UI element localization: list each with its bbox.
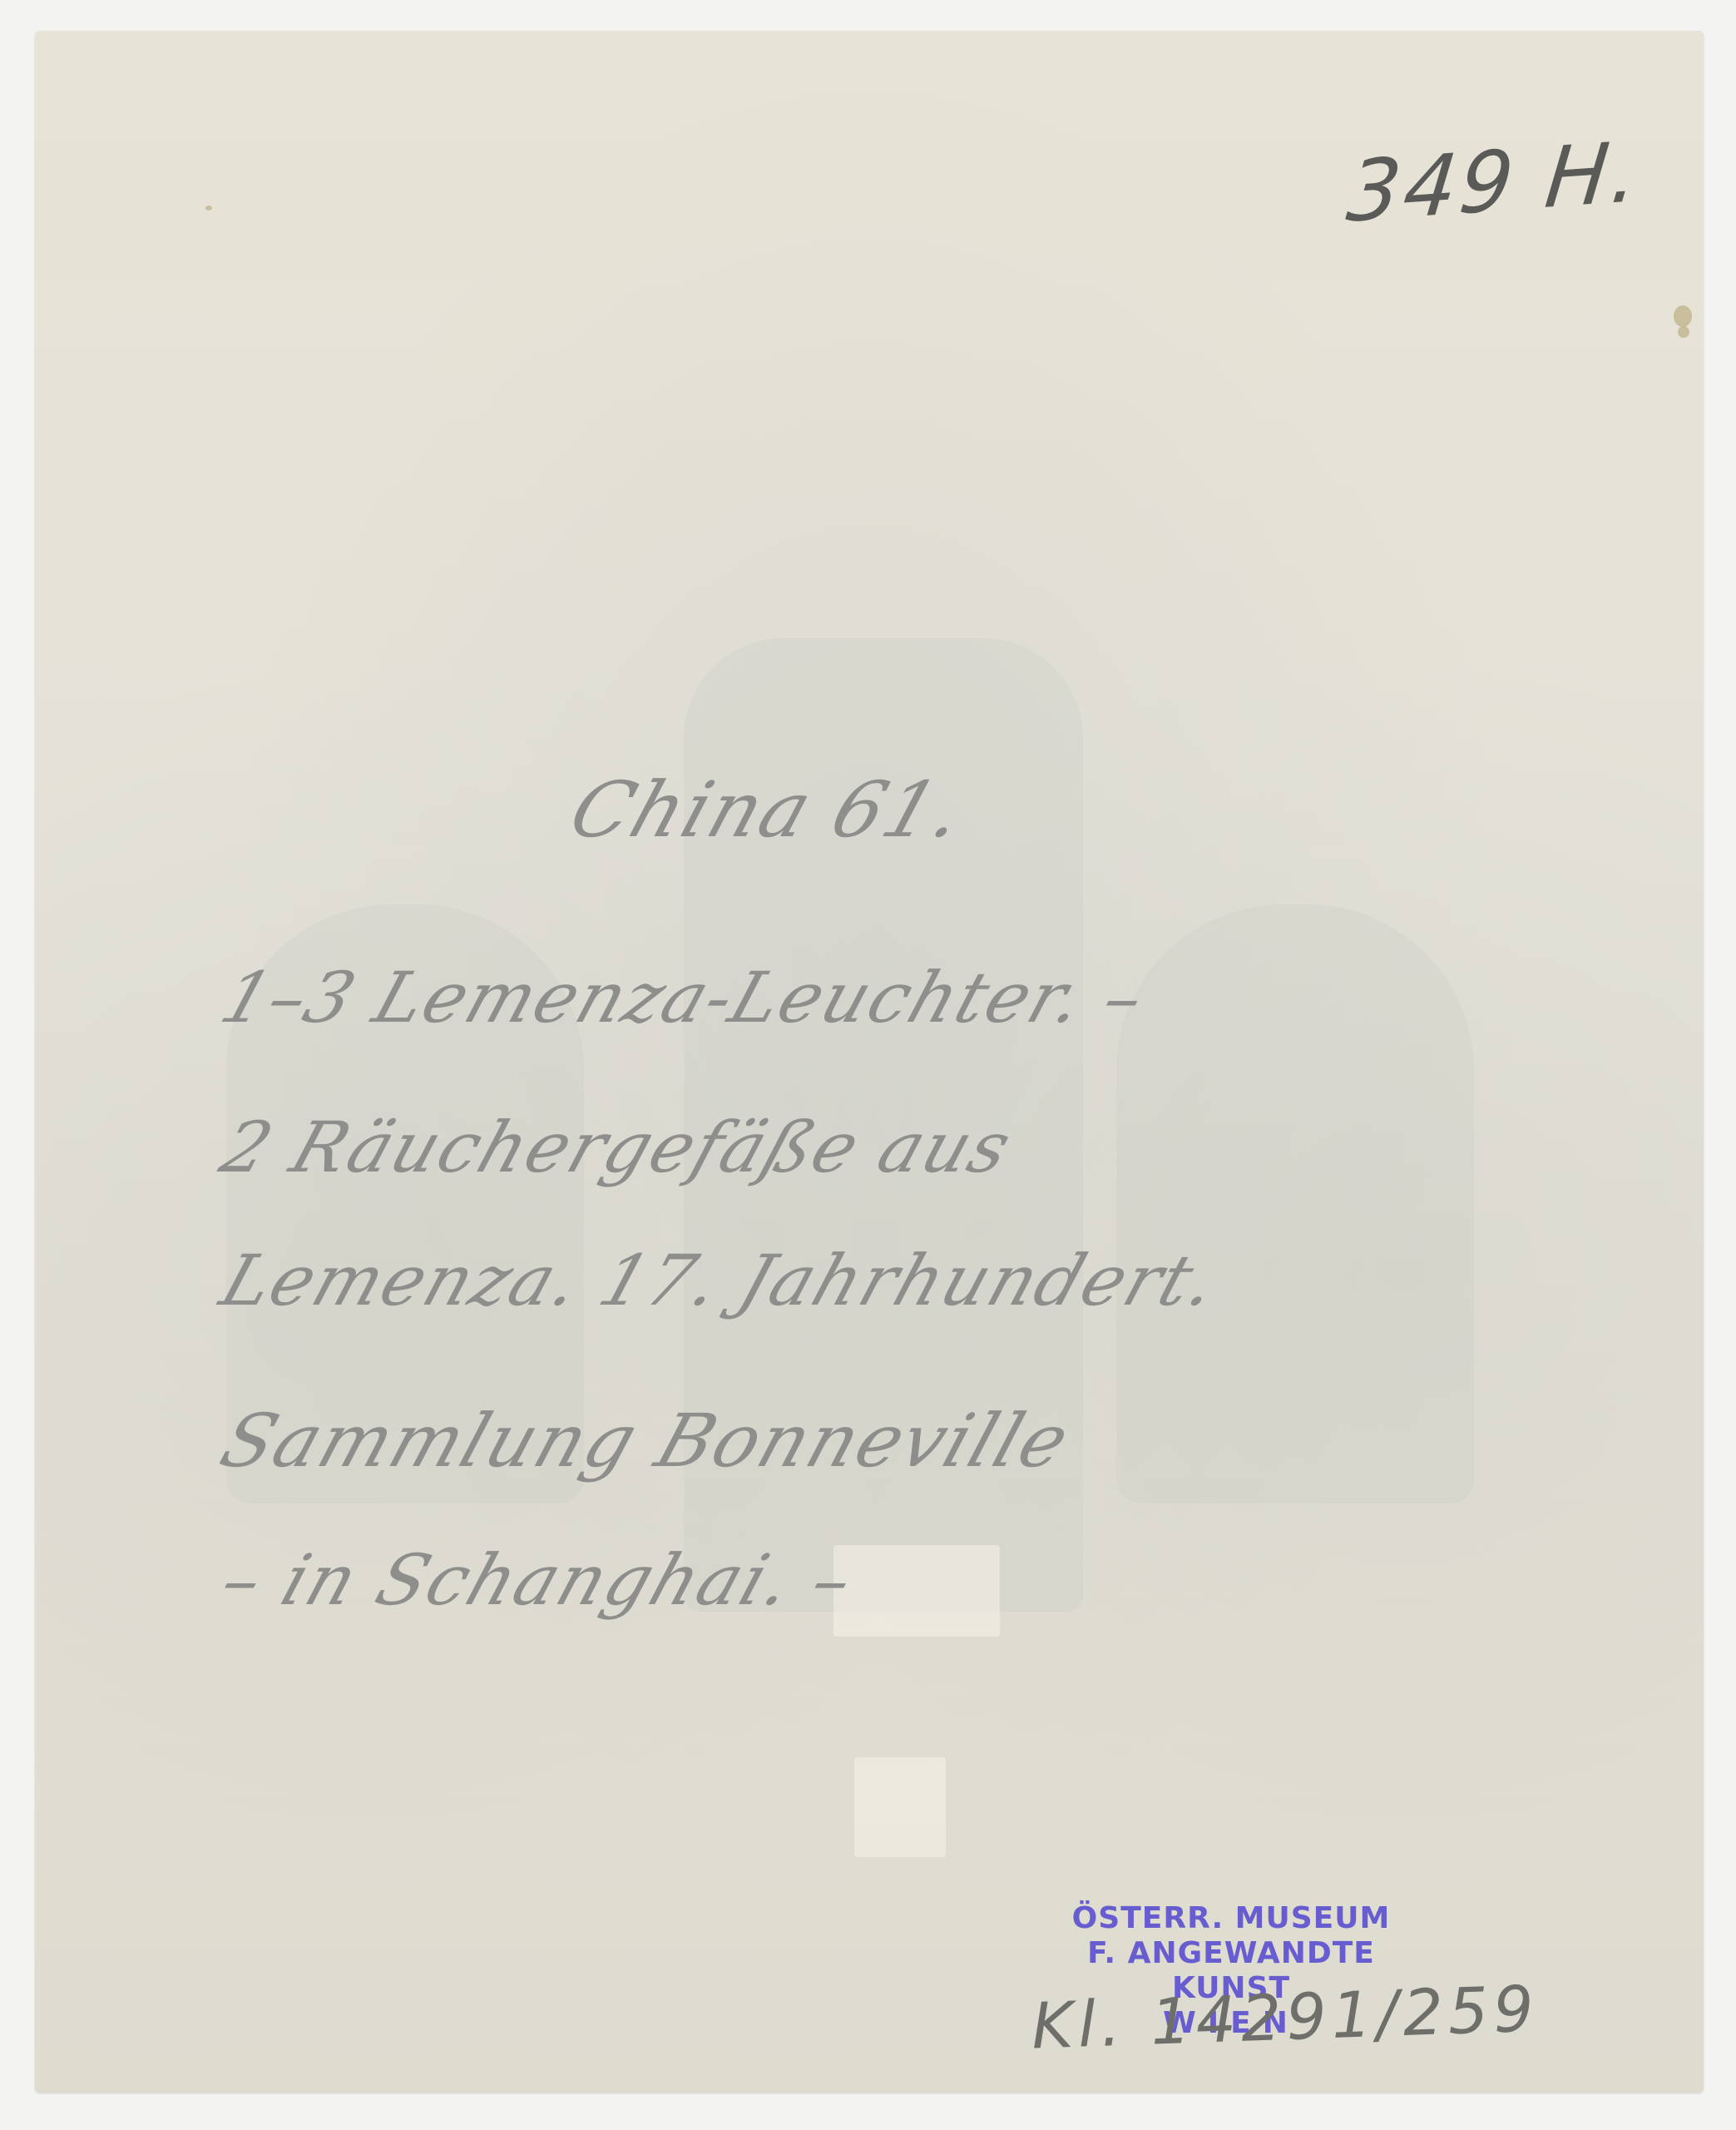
handwritten-title: China 61. bbox=[560, 765, 977, 854]
stamp-line-1: ÖSTERR. MUSEUM bbox=[1031, 1901, 1431, 1936]
show-through-small-label bbox=[854, 1757, 946, 1857]
foxing-spot bbox=[205, 206, 212, 211]
handwritten-line-5: – in Schanghai. – bbox=[211, 1539, 864, 1621]
foxing-spot bbox=[1674, 305, 1692, 327]
handwritten-line-2: 2 Räuchergefäße aus bbox=[211, 1107, 1022, 1188]
handwritten-line-1: 1–3 Lemenza-Leuchter. – bbox=[211, 957, 1156, 1038]
handwritten-line-4: Sammlung Bonneville bbox=[210, 1398, 1081, 1484]
photo-mount-card bbox=[35, 31, 1704, 2093]
foxing-spot bbox=[1678, 326, 1689, 338]
show-through-label-patch bbox=[833, 1545, 1000, 1637]
show-through-right-object bbox=[1116, 904, 1474, 1503]
handwritten-line-3: Lemenza. 17. Jahrhundert. bbox=[211, 1240, 1229, 1321]
